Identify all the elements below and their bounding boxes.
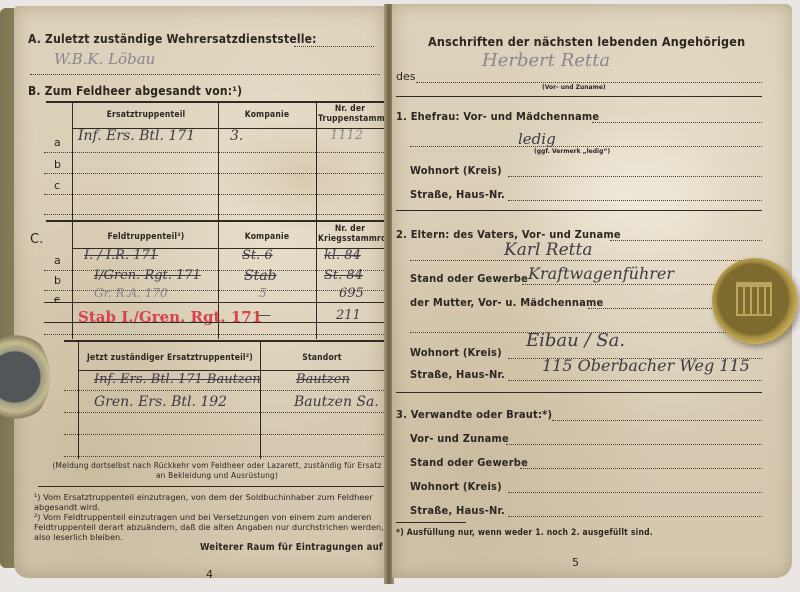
section-3-label: 3. Verwandte oder Braut:*)	[396, 408, 552, 421]
col-header-standort: Standort	[262, 353, 382, 363]
page-number-left: 4	[206, 568, 213, 581]
b-row-a-unit: Inf. Ers. Btl. 171	[78, 128, 195, 144]
col-header-kompanie: Kompanie	[218, 110, 316, 120]
section-a-handwritten: W.B.K. Löbau	[54, 50, 155, 68]
current-unit-1: Inf. Ers. Btl. 171 Bautzen	[94, 372, 261, 387]
relative-name-label: Vor- und Zuname	[410, 432, 509, 445]
c-row-label-c: c	[54, 293, 60, 306]
parents-street-value: 115 Oberbacher Weg 115	[542, 356, 750, 375]
c-row-label-a: a	[54, 254, 61, 267]
c-row-label-b: b	[54, 274, 61, 287]
soldbuch-spread: A. Zuletzt zuständige Wehrersatzdienstst…	[0, 0, 800, 592]
relative-street-label: Straße, Haus-Nr.	[410, 504, 505, 517]
c-row-c-number: 695	[339, 286, 364, 301]
col-header-current-unit: Jetzt zuständiger Ersatztruppenteil²)	[80, 353, 260, 363]
des-caption: (Vor- und Zuname)	[542, 84, 606, 91]
section-b-label: B. Zum Feldheer abgesandt von:¹)	[28, 84, 242, 98]
c-row-a-company: St. 6	[242, 248, 273, 263]
c-row-b-number: St. 84	[324, 268, 363, 283]
stamp-company: —	[258, 308, 271, 323]
des-label: des	[396, 70, 415, 83]
current-unit-note: (Meldung dortselbst nach Rückkehr vom Fe…	[52, 460, 382, 480]
wife-caption: (ggf. Vermerk „ledig“)	[534, 148, 610, 155]
wife-street-label: Straße, Haus-Nr.	[410, 188, 505, 201]
col-header-truppenstammrolle: Nr. der Truppenstammrolle	[318, 104, 382, 124]
row-label-a: a	[54, 136, 61, 149]
section-a-label: A. Zuletzt zuständige Wehrersatzdienstst…	[28, 32, 317, 46]
right-footnote: *) Ausfüllung nur, wenn weder 1. noch 2.…	[396, 528, 653, 538]
relative-residence-label: Wohnort (Kreis)	[410, 480, 502, 493]
current-location-2: Bautzen Sa.	[294, 394, 379, 410]
row-label-b: b	[54, 158, 61, 171]
unit-stamp: Stab I./Gren. Rgt. 171	[78, 308, 262, 326]
c-row-b-company: Stab	[244, 268, 277, 284]
father-occupation-label: Stand oder Gewerbe	[410, 272, 528, 285]
footnote-2: ²) Vom Feldtruppenteil einzutragen und b…	[34, 512, 384, 542]
col-header-feldtruppenteil: Feldtruppenteil²)	[74, 232, 218, 242]
c-row-b-unit: I/Gren. Rgt. 171	[94, 268, 201, 283]
section-c-label: C.	[30, 232, 43, 247]
page-number-right: 5	[572, 556, 579, 569]
c-row-c-unit: Gr. R.A. 170	[94, 286, 168, 300]
page-title: Anschriften der nächsten lebenden Angehö…	[428, 34, 745, 49]
b-row-a-number: 1112	[330, 128, 363, 143]
wife-residence-label: Wohnort (Kreis)	[410, 164, 502, 177]
left-page: A. Zuletzt zuständige Wehrersatzdienstst…	[14, 6, 386, 578]
footnote-1: ¹) Vom Ersatztruppenteil einzutragen, vo…	[34, 492, 384, 512]
current-unit-2: Gren. Ers. Btl. 192	[94, 394, 227, 410]
relative-occupation-label: Stand oder Gewerbe	[410, 456, 528, 469]
c-row-c-company: 5	[259, 286, 267, 300]
soldier-name: Herbert Retta	[482, 50, 610, 71]
col-header-kompanie-c: Kompanie	[218, 232, 316, 242]
stamp-number: 211	[336, 308, 361, 323]
euro-cent-coin-right	[712, 258, 798, 344]
father-occupation-value: Kraftwagenführer	[528, 264, 674, 283]
c-row-a-unit: I. / I.R. 171	[84, 248, 158, 263]
current-location-1: Bautzen	[296, 372, 350, 387]
parents-street-label: Straße, Haus-Nr.	[410, 368, 505, 381]
section-1-label: 1. Ehefrau: Vor- und Mädchenname	[396, 110, 599, 123]
mother-label: der Mutter, Vor- u. Mädchenname	[410, 296, 603, 309]
brandenburg-gate-icon	[736, 282, 772, 316]
col-header-ersatztruppenteil: Ersatztruppenteil	[74, 110, 218, 120]
parents-residence-value: Eibau / Sa.	[526, 330, 625, 351]
b-row-a-company: 3.	[230, 128, 243, 144]
father-name: Karl Retta	[504, 240, 592, 260]
col-header-kriegsstammrolle: Nr. der Kriegsstammrolle	[318, 224, 382, 244]
c-row-a-number: kl. 84	[324, 248, 361, 263]
row-label-c: c	[54, 179, 60, 192]
parents-residence-label: Wohnort (Kreis)	[410, 346, 502, 359]
